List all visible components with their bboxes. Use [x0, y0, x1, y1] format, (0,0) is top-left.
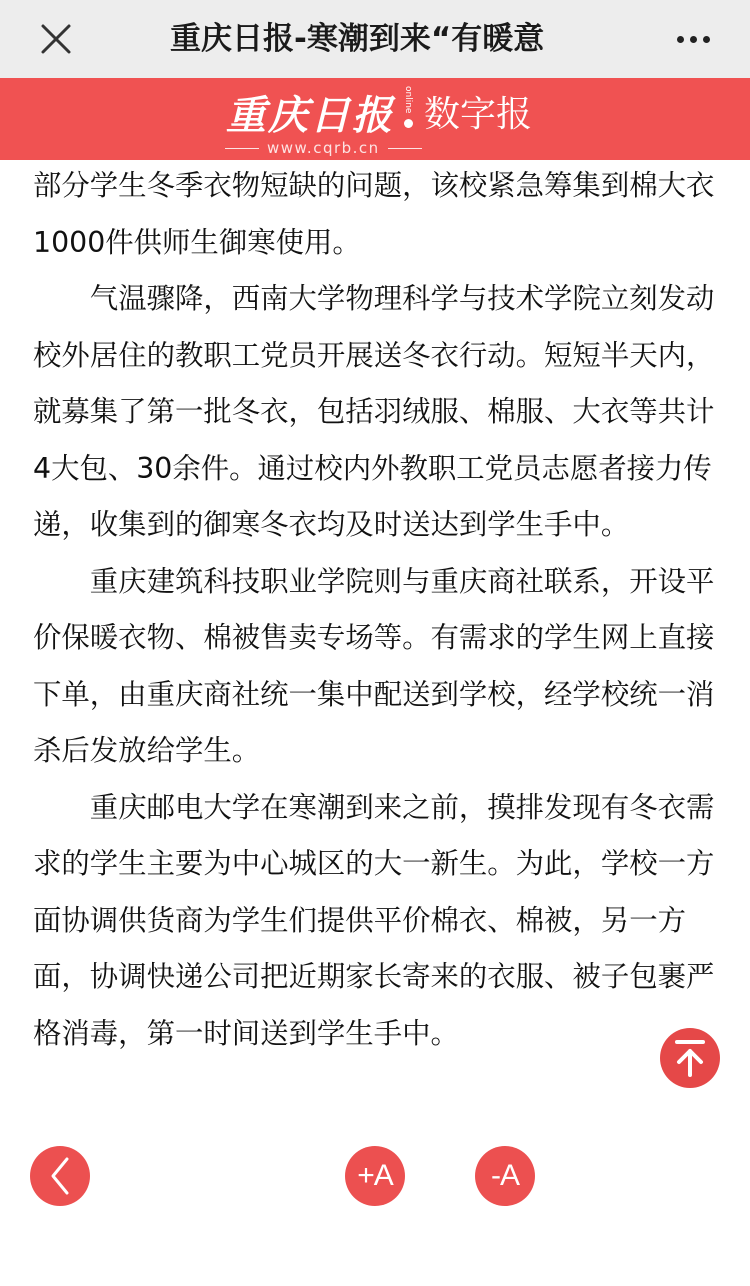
font-decrease-label: -A	[491, 1159, 519, 1193]
divider	[388, 148, 422, 149]
page-title: 重庆日报-寒潮到来“有暖意	[170, 18, 590, 60]
newspaper-logo: 重庆日报	[226, 84, 394, 141]
more-dots-icon	[677, 36, 684, 43]
arrow-up-to-top-icon	[673, 1039, 707, 1077]
chevron-left-icon	[48, 1156, 72, 1196]
font-increase-label: +A	[357, 1159, 393, 1193]
close-button[interactable]	[36, 19, 76, 59]
more-dots-icon	[703, 36, 710, 43]
divider	[225, 148, 259, 149]
article-paragraph: 重庆建筑科技职业学院则与重庆商社联系，开设平价保暖衣物、棉被售卖专场等。有需求的…	[33, 554, 723, 780]
newspaper-banner: 重庆日报 online 数字报 www.cqrb.cn	[0, 78, 750, 160]
online-dot-icon	[404, 119, 413, 128]
site-url-text: www.cqrb.cn	[267, 139, 380, 157]
digital-edition-label: 数字报	[424, 86, 532, 137]
back-to-top-button[interactable]	[660, 1028, 720, 1088]
more-dots-icon	[690, 36, 697, 43]
site-url: www.cqrb.cn	[225, 139, 422, 157]
close-icon	[40, 23, 72, 55]
online-label: online	[403, 86, 413, 113]
back-button[interactable]	[30, 1146, 90, 1206]
article-paragraph: 重庆邮电大学在寒潮到来之前，摸排发现有冬衣需求的学生主要为中心城区的大一新生。为…	[33, 780, 723, 1063]
article-paragraph: 部分学生冬季衣物短缺的问题，该校紧急筹集到棉大衣1000件供师生御寒使用。	[33, 158, 723, 271]
top-navigation-bar: 重庆日报-寒潮到来“有暖意	[0, 0, 750, 78]
font-increase-button[interactable]: +A	[345, 1146, 405, 1206]
article-body: 部分学生冬季衣物短缺的问题，该校紧急筹集到棉大衣1000件供师生御寒使用。 气温…	[33, 158, 723, 1062]
font-decrease-button[interactable]: -A	[475, 1146, 535, 1206]
article-paragraph: 气温骤降，西南大学物理科学与技术学院立刻发动校外居住的教职工党员开展送冬衣行动。…	[33, 271, 723, 554]
more-options-button[interactable]	[668, 22, 718, 56]
